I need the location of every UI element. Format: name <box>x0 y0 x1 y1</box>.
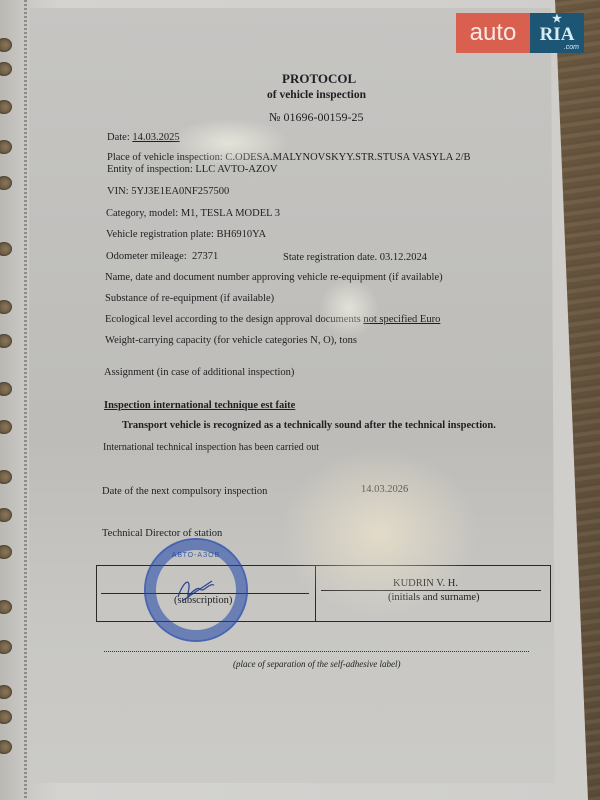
next-inspection-label: Date of the next compulsory inspection <box>102 486 267 498</box>
punch-hole <box>0 600 12 614</box>
document-title: PROTOCOL <box>282 73 356 85</box>
punch-hole <box>0 545 12 559</box>
reequipment-substance: Substance of re-equipment (if available) <box>105 293 274 305</box>
reequipment-document: Name, date and document number approving… <box>105 272 443 284</box>
assignment: Assignment (in case of additional inspec… <box>104 367 294 379</box>
protocol-number: № 01696-00159-25 <box>269 111 363 123</box>
punch-hole <box>0 100 12 114</box>
sleeve-spine <box>24 0 27 800</box>
punch-hole <box>0 640 12 654</box>
state-registration-date: State registration date. 03.12.2024 <box>283 252 427 264</box>
inspection-protocol-document: PROTOCOL of vehicle inspection № 01696-0… <box>29 8 555 783</box>
vin: VIN: 5YJ3E1EA0NF257500 <box>107 186 229 198</box>
odometer-label: Odometer mileage: <box>106 251 187 262</box>
international-inspection-heading: Inspection international technique est f… <box>104 400 295 412</box>
punch-hole <box>0 242 12 256</box>
watermark-auto: auto <box>456 13 530 53</box>
star-icon: ★ <box>552 14 562 25</box>
punch-hole <box>0 382 12 396</box>
watermark-com: .com <box>564 44 579 52</box>
official-stamp: АВТО-АЗОВ <box>144 538 248 642</box>
punch-hole <box>0 420 12 434</box>
inspection-verdict: Transport vehicle is recognized as a tec… <box>122 420 496 432</box>
punch-hole <box>0 334 12 348</box>
punch-hole <box>0 176 12 190</box>
signature-table-divider <box>315 566 316 621</box>
separation-label: (place of separation of the self-adhesiv… <box>233 658 400 670</box>
initials-surname-label: (initials and surname) <box>388 592 480 604</box>
punch-hole <box>0 62 12 76</box>
date-line: Date: 14.03.2025 <box>107 132 180 144</box>
registration-plate: Vehicle registration plate: BH6910YA <box>106 229 266 241</box>
punch-hole <box>0 38 12 52</box>
weight-capacity: Weight-carrying capacity (for vehicle ca… <box>105 335 357 347</box>
punch-hole <box>0 300 12 314</box>
document-subtitle: of vehicle inspection <box>267 89 366 101</box>
punch-hole <box>0 508 12 522</box>
watermark-ria: ★ RIA .com <box>530 13 584 53</box>
odometer-value: 27371 <box>192 251 218 262</box>
autoria-watermark: auto ★ RIA .com <box>456 13 584 53</box>
international-inspection-note: International technical inspection has b… <box>103 442 319 454</box>
next-inspection-date: 14.03.2026 <box>361 484 408 496</box>
director-name: KUDRIN V. H. <box>393 578 458 590</box>
punch-hole <box>0 470 12 484</box>
ecological-level-value: not specified Euro <box>363 314 440 325</box>
punch-hole <box>0 685 12 699</box>
watermark-ria-text: RIA <box>540 24 575 45</box>
ecological-level: Ecological level according to the design… <box>105 314 440 326</box>
place-of-inspection: Place of vehicle inspection: C.ODESA.MAL… <box>107 152 471 164</box>
category-model: Category, model: M1, TESLA MODEL 3 <box>106 208 280 220</box>
date-value: 14.03.2025 <box>132 132 179 143</box>
handwritten-signature-icon <box>174 575 218 607</box>
binder-holes <box>0 0 20 800</box>
punch-hole <box>0 710 12 724</box>
separation-line <box>104 651 529 652</box>
punch-hole <box>0 740 12 754</box>
stamp-text: АВТО-АЗОВ <box>146 552 246 559</box>
entity-of-inspection: Entity of inspection: LLC AVTO-AZOV <box>107 164 278 176</box>
name-line <box>321 590 541 591</box>
ecological-level-label: Ecological level according to the design… <box>105 314 361 325</box>
date-label: Date: <box>107 132 130 143</box>
punch-hole <box>0 140 12 154</box>
odometer-line: Odometer mileage: 27371 <box>106 251 218 263</box>
plastic-glare <box>319 278 379 338</box>
